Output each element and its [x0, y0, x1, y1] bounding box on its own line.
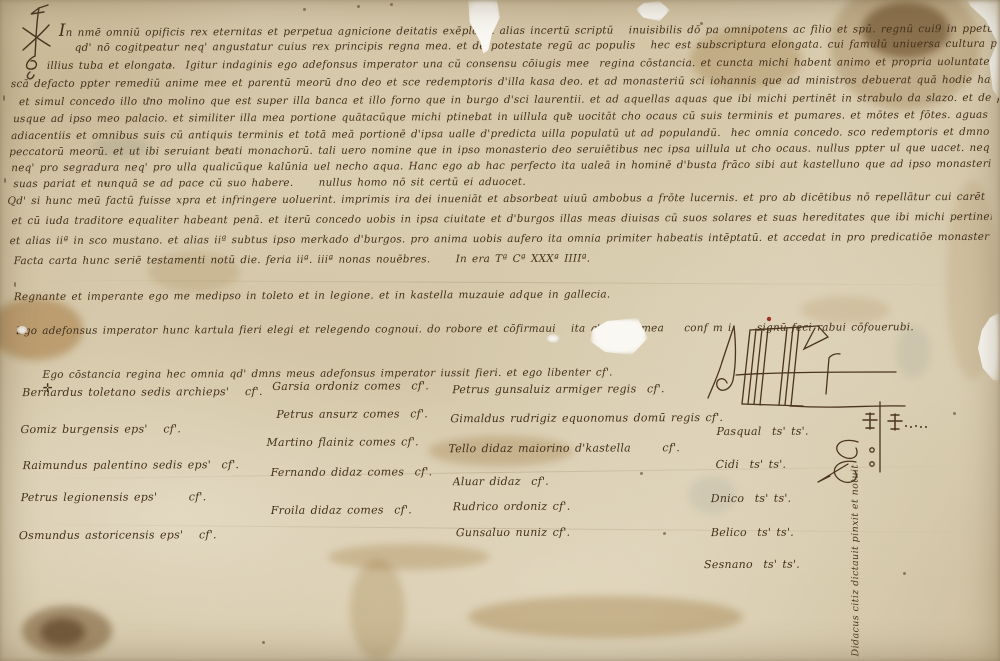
parchment-hole: [17, 326, 27, 334]
signum-grid: [736, 326, 905, 407]
witness-official: Aluar didaz cf'.: [453, 476, 549, 489]
charter-line: Facta carta hunc seriē testamenti notū d…: [14, 254, 591, 268]
regnante-line: Regnante et imperante ego me medipso in …: [14, 290, 611, 305]
witness-count: Fernando didaz comes cf'.: [271, 466, 433, 479]
witness-official: Tello didaz maiorino d'kastella cf'.: [448, 442, 680, 456]
charter-line: neq' pro segradura neq' pro ulla qualicū…: [11, 159, 991, 175]
witness-count: Froila didaz comes cf'.: [271, 504, 412, 517]
charter-line: usque ad ipso meo palacio. et similiter …: [13, 110, 993, 126]
signum-regis-icon: [690, 310, 940, 488]
witness-count: Petrus ansurz comes cf'.: [276, 408, 428, 421]
charter-line: In nmē omniū opificis rex eternitas et p…: [59, 18, 1000, 42]
dot-trail: [905, 425, 927, 428]
witness-bishop: Raimundus palentino sedis eps' cf'.: [23, 459, 240, 473]
charter-line: illius tuba et elongata. Igitur indagini…: [47, 57, 1000, 73]
witness-testis: Belico ts' ts'.: [711, 527, 794, 540]
witness-official: Gunsaluo nuniz cf'.: [456, 527, 571, 540]
witness-official: Petrus gunsaluiz armiger regis cf'.: [452, 383, 664, 397]
parchment-hole: [546, 334, 560, 343]
charter-line: qd' nō cogitpeatur neq' angustatur cuius…: [75, 39, 1000, 55]
witness-bishop: Gomiz burgensis eps' cf'.: [20, 423, 181, 436]
signum-flourish: [708, 326, 735, 398]
witness-testis: Dnico ts' ts'.: [711, 493, 792, 506]
witness-count: Garsia ordoniz comes cf'.: [272, 380, 429, 393]
charter-line: adiacentiis et omnibus suis cū antiquis …: [11, 127, 991, 143]
confirmation-cross-icon: [863, 413, 902, 430]
charter-line: Qd' si hunc meū factū fuisse xpra et inf…: [7, 192, 987, 208]
charter-line: et cū iuda traditore equaliter habeant p…: [11, 212, 991, 228]
charter-line: et alias iiª in sco mustano. et alias ii…: [10, 232, 990, 248]
witness-count: Martino flainiz comes cf'.: [266, 436, 418, 449]
witness-official: Gimaldus rudrigiz equonomus domū regis c…: [450, 412, 723, 426]
witness-bishop: Bernardus toletano sedis archieps' cf'.: [22, 386, 262, 400]
charter-line: et simul concedo illo uno molino que est…: [19, 93, 999, 109]
witness-bishop: Osmundus astoricensis eps' cf'.: [19, 529, 217, 543]
charter-line: scā defacto ppter remediū anime mee et p…: [11, 75, 991, 91]
witness-bishop: Petrus legionensis eps' cf'.: [21, 491, 207, 504]
witness-testis: Sesnano ts' ts'.: [704, 559, 800, 572]
parchment: In nmē omniū opificis rex eternitas et p…: [0, 0, 1000, 661]
witness-official: Rudrico ordoniz cf'.: [453, 501, 571, 514]
charter-line: peccatorū meorū. et ut ibi seruiant beat…: [9, 143, 989, 159]
charter-line: suas pariat et nunquā se ad pace cū suo …: [13, 177, 526, 191]
red-mark: [767, 317, 771, 321]
